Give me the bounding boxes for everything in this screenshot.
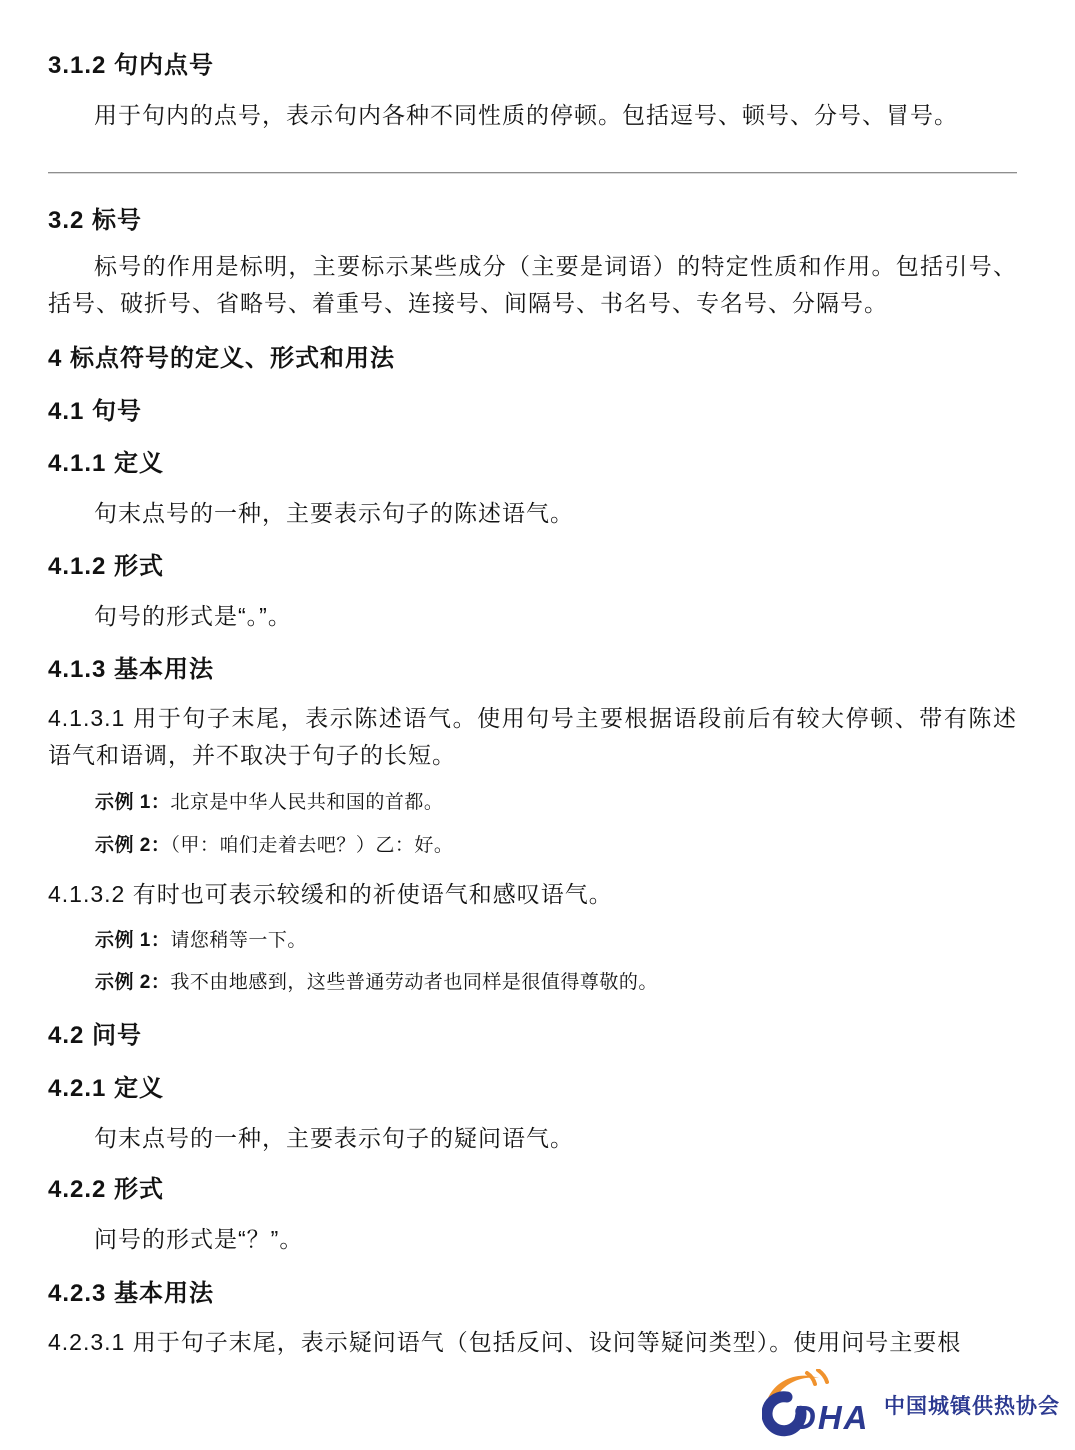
logo-abbr-text: DHA <box>792 1399 870 1436</box>
para-3-1-2: 用于句内的点号，表示句内各种不同性质的停顿。包括逗号、顿号、分号、冒号。 <box>48 97 1017 134</box>
logo-association-name: 中国城镇供热协会 <box>884 1390 1060 1420</box>
para-4-1-2: 句号的形式是“。”。 <box>48 598 1017 635</box>
example-label: 示例 2： <box>95 972 170 993</box>
heading-3-1-2: 3.1.2 句内点号 <box>48 51 1017 81</box>
para-4-1-1: 句末点号的一种，主要表示句子的陈述语气。 <box>48 495 1017 532</box>
para-3-2: 标号的作用是标明，主要标示某些成分（主要是词语）的特定性质和作用。包括引号、括号… <box>48 248 1017 322</box>
logo-arc-small-2 <box>818 1370 827 1382</box>
example-text: （甲：咱们走着去吧？）乙：好。 <box>170 835 453 856</box>
example-label: 示例 1： <box>95 930 170 951</box>
section-divider <box>48 172 1017 174</box>
logo-arc-small-1 <box>807 1373 815 1384</box>
heading-4-2-1: 4.2.1 定义 <box>48 1074 1017 1104</box>
example-text: 北京是中华人民共和国的首都。 <box>170 792 443 813</box>
para-4-2-2: 问号的形式是“？”。 <box>48 1221 1017 1258</box>
heading-4-1-2: 4.1.2 形式 <box>48 552 1017 582</box>
para-4-1-3-2: 4.1.3.2 有时也可表示较缓和的祈使语气和感叹语气。 <box>48 876 1017 913</box>
example-label: 示例 1： <box>95 792 170 813</box>
heading-4-2-3: 4.2.3 基本用法 <box>48 1279 1017 1309</box>
para-4-2-3-1: 4.2.3.1 用于句子末尾，表示疑问语气（包括反问、设问等疑问类型）。使用问号… <box>48 1324 1017 1361</box>
example-text: 我不由地感到，这些普通劳动者也同样是很值得尊敬的。 <box>170 972 658 993</box>
heading-4-2-2: 4.2.2 形式 <box>48 1175 1017 1205</box>
example-line: 示例 2：我不由地感到，这些普通劳动者也同样是很值得尊敬的。 <box>95 970 1017 995</box>
document-page: 3.1.2 句内点号 用于句内的点号，表示句内各种不同性质的停顿。包括逗号、顿号… <box>0 0 1075 1450</box>
example-text: 请您稍等一下。 <box>170 930 307 951</box>
example-line: 示例 1：请您稍等一下。 <box>95 928 1017 953</box>
example-line: 示例 1：北京是中华人民共和国的首都。 <box>95 790 1017 815</box>
heading-4-2: 4.2 问号 <box>48 1021 1017 1051</box>
heading-4: 4 标点符号的定义、形式和用法 <box>48 344 1017 374</box>
heading-3-2: 3.2 标号 <box>48 206 1017 236</box>
para-4-2-1: 句末点号的一种，主要表示句子的疑问语气。 <box>48 1120 1017 1157</box>
example-line: 示例 2：（甲：咱们走着去吧？）乙：好。 <box>95 833 1017 858</box>
heading-4-1: 4.1 句号 <box>48 397 1017 427</box>
example-label: 示例 2： <box>95 835 170 856</box>
heading-4-1-3: 4.1.3 基本用法 <box>48 655 1017 685</box>
heading-4-1-1: 4.1.1 定义 <box>48 449 1017 479</box>
para-4-1-3-1: 4.1.3.1 用于句子末尾，表示陈述语气。使用句号主要根据语段前后有较大停顿、… <box>48 700 1017 774</box>
cdha-logo-icon: DHA <box>762 1369 874 1441</box>
association-logo: DHA 中国城镇供热协会 <box>762 1366 1060 1444</box>
